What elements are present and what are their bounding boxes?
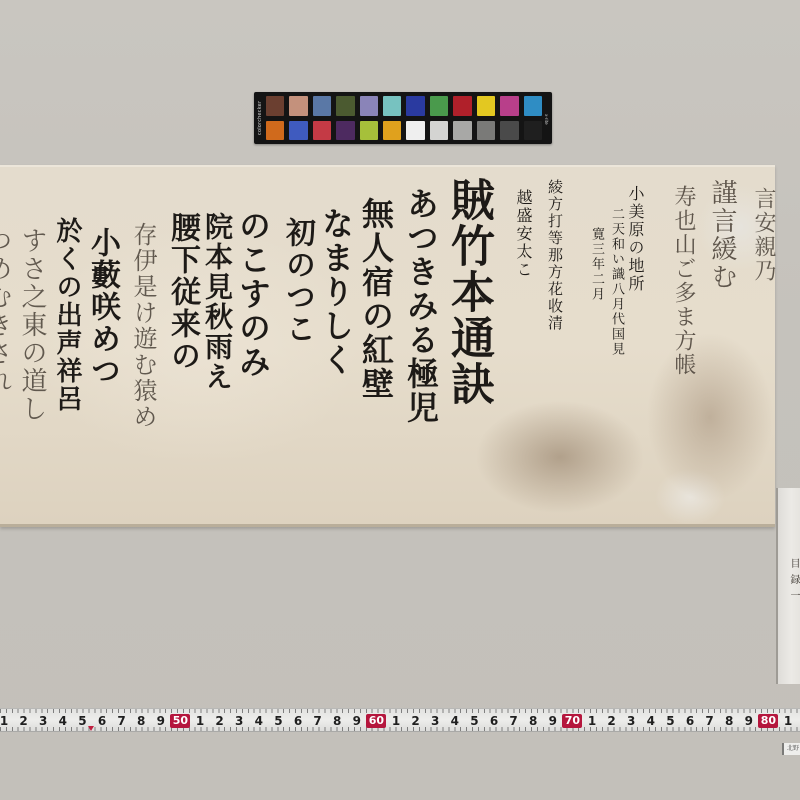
slip-text: 目録一 [786,558,800,606]
color-patch [360,121,378,141]
ruler-label: 6 [95,714,109,728]
calligraphy-column: 寛三年二月 [587,227,606,302]
color-patch [336,96,354,116]
ruler-label: 1 [585,714,599,728]
color-patch [453,121,471,141]
ruler-label: 4 [448,714,462,728]
ruler-label: 2 [213,714,227,728]
ruler-label: 2 [409,714,423,728]
calligraphy-column: 小美原の地所 [624,185,647,293]
color-patch [477,96,495,116]
calligraphy-column: 賊竹本通訣 [436,177,500,407]
calligraphy-column: 無人宿の紅壁 [353,197,399,401]
calligraphy-column: 言安親乃 [748,187,779,283]
color-patch [500,121,518,141]
color-patch [313,96,331,116]
color-checker-brand: colorchecker [256,96,264,140]
ruler-major-label: 60 [366,714,386,728]
calligraphy-column: 初のつこ [275,217,319,345]
ruler-major-label: 80 [758,714,778,728]
ruler-label: 6 [291,714,305,728]
ruler-label: 3 [36,714,50,728]
ruler-label: 4 [56,714,70,728]
ruler-label: 9 [546,714,560,728]
ruler-label: 1 [0,714,11,728]
color-patch [500,96,518,116]
ruler-label: 5 [663,714,677,728]
ruler-label: 2 [605,714,619,728]
ruler-label: 7 [115,714,129,728]
color-patch [266,96,284,116]
color-patch [289,96,307,116]
calligraphy-column: 綾方打等那方花收清 [545,179,566,332]
color-patch [477,121,495,141]
ruler-label: 1 [781,714,795,728]
color-checker-chart: colorchecker x-rite [254,92,552,144]
calligraphy-column: 小藪咲めつ [80,227,124,387]
calligraphy-column: 寿也山ご多ま方帳 [668,185,699,377]
calligraphy-scroll: 言安親乃謹言緩む寿也山ご多ま方帳小美原の地所二天和い識八月代国見寛三年二月綾方打… [0,165,775,527]
calligraphy-column: 越盛安太こ [512,189,535,279]
ruler-label: 8 [330,714,344,728]
ruler-label: 1 [193,714,207,728]
ruler-label: 9 [742,714,756,728]
measuring-tape: 1234567895012345678960123456789701234567… [0,708,800,732]
calligraphy-column: 二天和い識八月代国見 [607,207,626,357]
calligraphy-column: つめむきされ [0,227,16,395]
ruler-label: 4 [252,714,266,728]
ruler-label: 6 [487,714,501,728]
color-patch [266,121,284,141]
color-patch [524,96,542,116]
color-checker-maker: x-rite [542,106,550,132]
ruler-label: 8 [134,714,148,728]
color-patch [453,96,471,116]
ruler-label: 3 [428,714,442,728]
color-patch [383,121,401,141]
calligraphy-column: 於くの出声祥呂 [49,217,86,413]
color-patch [406,121,424,141]
ruler-major-label: 50 [170,714,190,728]
color-patch [383,96,401,116]
calligraphy-column: 腰下従来の [160,212,204,372]
ruler-label: 9 [154,714,168,728]
color-patch [336,121,354,141]
ruler-label: 9 [350,714,364,728]
ruler-label: 5 [467,714,481,728]
ruler-label: 7 [703,714,717,728]
ruler-label: 2 [17,714,31,728]
ruler-ticks-top [0,709,800,713]
color-patch-grid [266,96,542,140]
ruler-label: 3 [624,714,638,728]
ruler-label: 6 [683,714,697,728]
ruler-label: 1 [389,714,403,728]
color-patch [430,121,448,141]
ruler-label: 3 [232,714,246,728]
calligraphy-column: すさ之東の道し [14,227,51,423]
ruler-label: 4 [644,714,658,728]
color-patch [430,96,448,116]
ruler-label: 7 [311,714,325,728]
ruler-label: 8 [526,714,540,728]
color-patch [360,96,378,116]
color-patch [524,121,542,141]
color-patch [313,121,331,141]
calligraphy-column: 謹言緩む [704,179,741,291]
ruler-label: 5 [75,714,89,728]
ruler-label: 7 [507,714,521,728]
calligraphy-column: なまりしく [313,207,359,377]
ruler-label: 8 [722,714,736,728]
paper-slip: 目録一 [776,488,800,684]
calligraphy-column: 存伊是け遊む猿め [126,222,161,430]
color-patch [406,96,424,116]
calligraphy-column: あつきみる極児 [398,187,444,425]
color-patch [289,121,307,141]
ruler-major-label: 70 [562,714,582,728]
collection-label: 北野 [782,743,800,755]
ruler-label: 5 [271,714,285,728]
